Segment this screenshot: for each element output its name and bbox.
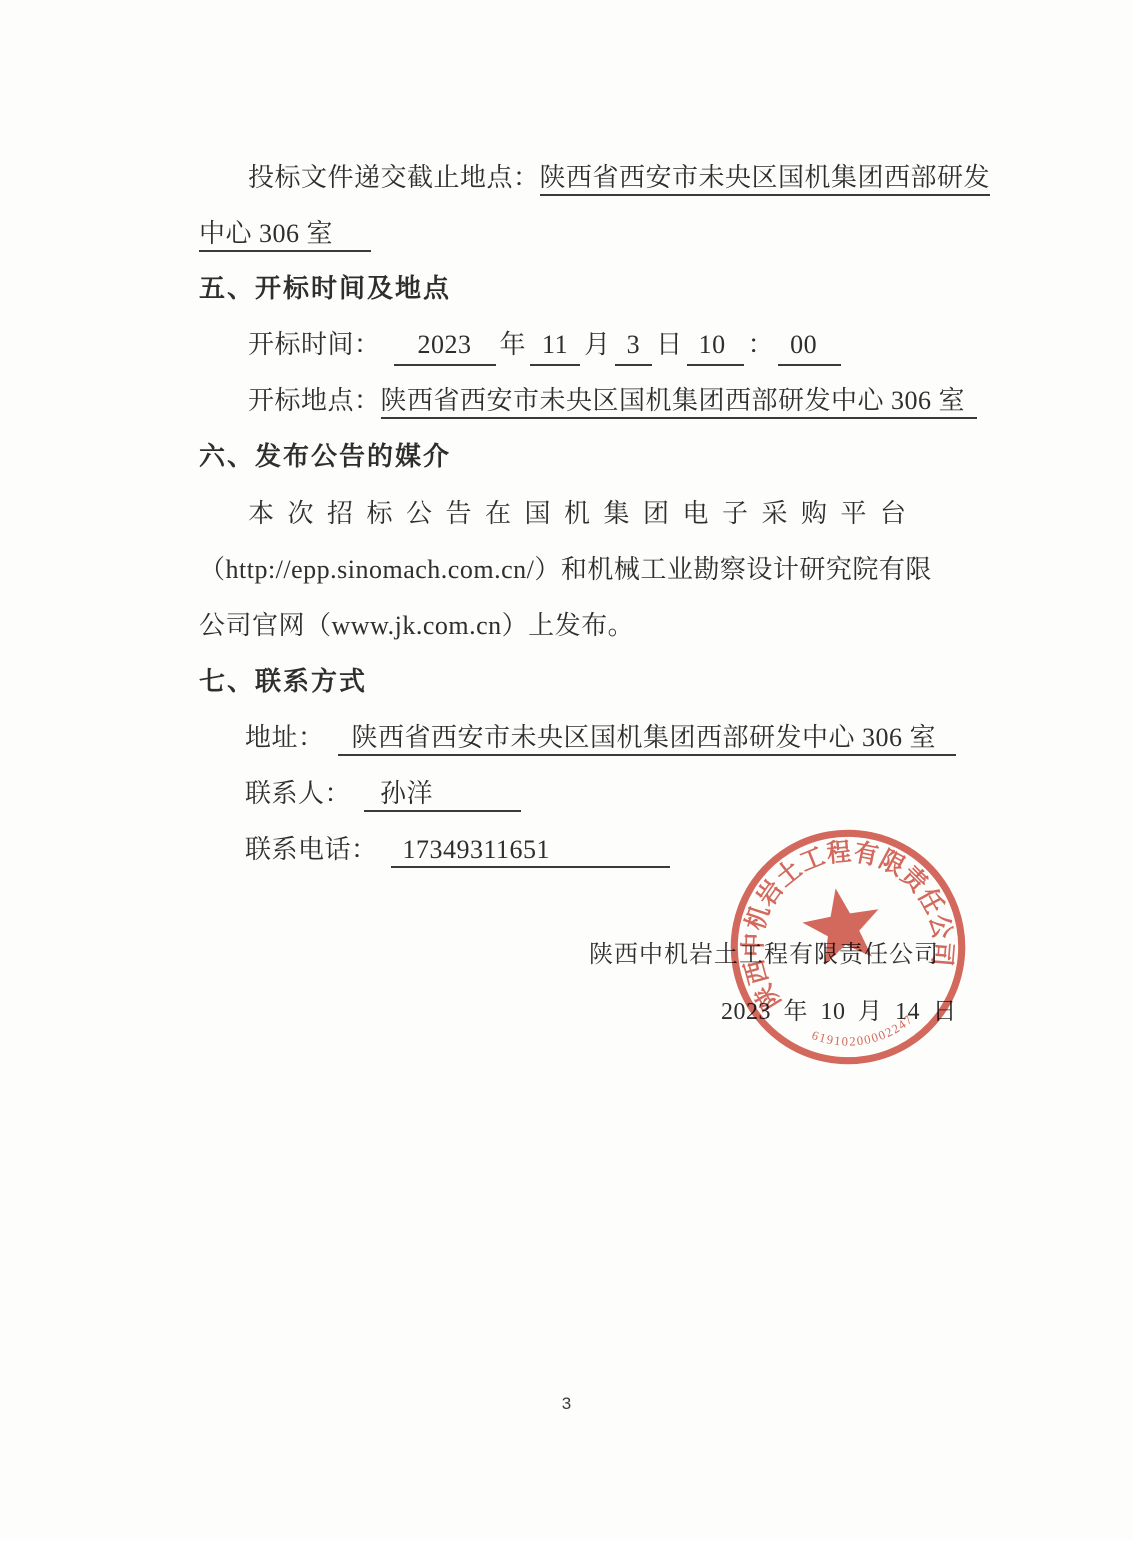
contact-person-label: 联系人： [245,779,351,808]
address-label: 地址： [245,723,325,752]
contact-person-line: 联系人： 孙洋 [245,778,521,811]
announcement-media-line3: 公司官网（www.jk.com.cn）上发布。 [199,610,634,643]
section7-heading: 七、联系方式 [199,666,367,699]
deadline-location-line1: 投标文件递交截止地点：陕西省西安市未央区国机集团西部研发 [248,162,990,195]
company-seal-stamp: 陕西中机岩土工程有限责任公司 61910200002247 [716,815,980,1079]
year-unit: 年 [500,330,527,359]
deadline-location-line2: 中心 306 室 [199,218,371,251]
deadline-location-value-part1: 陕西省西安市未央区国机集团西部研发 [540,163,991,196]
bid-opening-location-label: 开标地点： [248,386,381,415]
announcement-media-line2: （http://epp.sinomach.com.cn/）和机械工业勘察设计研究… [199,554,932,587]
bid-opening-location-line: 开标地点：陕西省西安市未央区国机集团西部研发中心 306 室 [248,385,977,418]
bid-opening-month-field: 11 [530,329,580,366]
contact-person-value: 孙洋 [364,779,521,812]
deadline-location-label: 投标文件递交截止地点： [248,163,540,192]
contact-phone-value: 17349311651 [391,835,671,868]
bid-opening-day-field: 3 [615,329,653,366]
seal-svg: 陕西中机岩土工程有限责任公司 61910200002247 [716,815,980,1079]
contact-phone-line: 联系电话： 17349311651 [245,834,670,867]
bid-opening-hour-field: 10 [687,329,744,366]
announcement-media-line1: 本次招标公告在国机集团电子采购平台 [248,498,920,531]
page-number: 3 [0,1394,1133,1414]
seal-star-icon [798,882,887,968]
bid-opening-minute-field: 00 [778,329,841,366]
month-unit: 月 [584,330,611,359]
address-line: 地址： 陕西省西安市未央区国机集团西部研发中心 306 室 [245,722,956,755]
section5-heading: 五、开标时间及地点 [199,273,451,306]
bid-opening-time-line: 开标时间： 2023年11月3日10：00 [248,329,841,366]
contact-phone-label: 联系电话： [245,835,378,864]
bid-opening-year-field: 2023 [394,329,496,366]
address-value: 陕西省西安市未央区国机集团西部研发中心 306 室 [338,723,957,756]
deadline-location-value-part2: 中心 306 室 [199,219,371,252]
bid-opening-location-value: 陕西省西安市未央区国机集团西部研发中心 306 室 [381,386,978,419]
section6-heading: 六、发布公告的媒介 [199,441,451,474]
time-colon: ： [748,330,775,359]
document-page: 投标文件递交截止地点：陕西省西安市未央区国机集团西部研发 中心 306 室 五、… [0,0,1133,1541]
day-unit: 日 [656,330,683,359]
bid-opening-time-label: 开标时间： [248,330,381,359]
